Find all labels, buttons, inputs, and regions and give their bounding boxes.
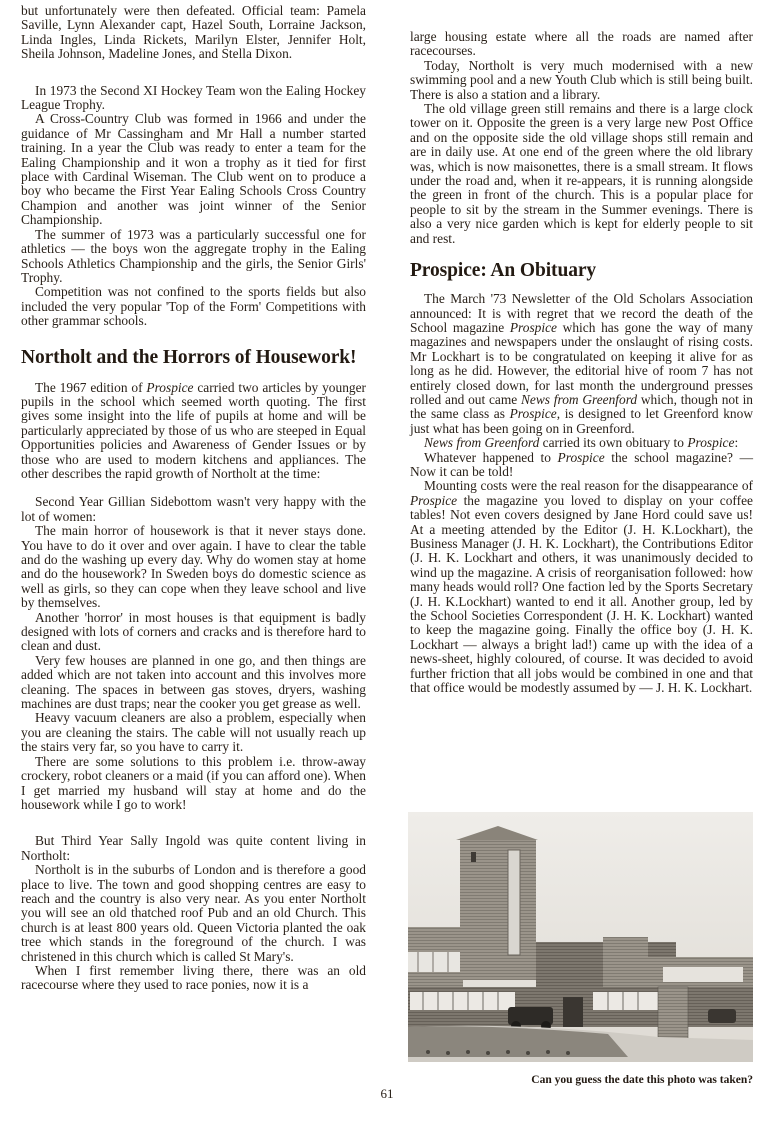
gillian-paragraph: The main horror of housework is that it … <box>21 524 366 610</box>
obituary-paragraph: Mounting costs were the real reason for … <box>410 479 753 695</box>
cross-country-paragraph: A Cross-Country Club was formed in 1966 … <box>21 112 366 227</box>
obituary-paragraph: Whatever happened to Prospice the school… <box>410 451 753 480</box>
second-xi-paragraph: In 1973 the Second XI Hockey Team won th… <box>21 84 366 113</box>
housework-heading: Northolt and the Horrors of Housework! <box>21 347 366 369</box>
gillian-paragraph: Very few houses are planned in one go, a… <box>21 654 366 712</box>
school-building-image <box>408 812 753 1062</box>
left-column: but unfortunately were then defeated. Of… <box>21 4 366 993</box>
hockey-team-paragraph: but unfortunately were then defeated. Of… <box>21 4 366 62</box>
sally-paragraph: Northolt is in the suburbs of London and… <box>21 863 366 964</box>
gillian-paragraph: Heavy vacuum cleaners are also a problem… <box>21 711 366 754</box>
sally-paragraph: When I first remember living there, ther… <box>21 964 366 993</box>
page-number: 61 <box>372 1086 402 1102</box>
gillian-paragraph: Another 'horror' in most houses is that … <box>21 611 366 654</box>
gillian-paragraph: There are some solutions to this problem… <box>21 755 366 813</box>
photo-caption: Can you guess the date this photo was ta… <box>480 1074 753 1086</box>
obituary-paragraph: The March '73 Newsletter of the Old Scho… <box>410 292 753 436</box>
gillian-intro: Second Year Gillian Sidebottom wasn't ve… <box>21 495 366 524</box>
competition-paragraph: Competition was not confined to the spor… <box>21 285 366 328</box>
sally-paragraph: The old village green still remains and … <box>410 102 753 246</box>
sally-paragraph: Today, Northolt is very much modernised … <box>410 59 753 102</box>
obituary-paragraph: News from Greenford carried its own obit… <box>410 436 753 450</box>
right-column: large housing estate where all the roads… <box>410 30 753 695</box>
obituary-heading: Prospice: An Obituary <box>410 260 753 282</box>
sally-continued: large housing estate where all the roads… <box>410 30 753 59</box>
sally-intro: But Third Year Sally Ingold was quite co… <box>21 834 366 863</box>
school-building-photo <box>408 812 753 1062</box>
athletics-paragraph: The summer of 1973 was a particularly su… <box>21 228 366 286</box>
housework-intro-paragraph: The 1967 edition of Prospice carried two… <box>21 381 366 482</box>
